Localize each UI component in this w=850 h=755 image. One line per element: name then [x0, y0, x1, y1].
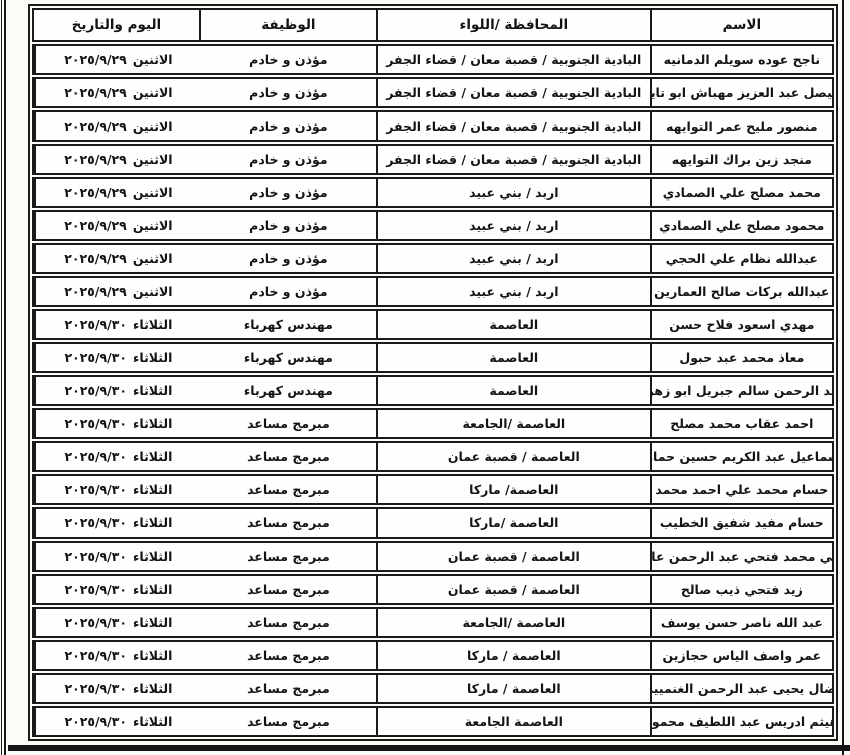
date-number: ٢٠٢٥/٩/٣٠	[64, 482, 127, 497]
cell-governorate: اربد / بني عبيد	[378, 212, 652, 239]
cell-name: عبدالله بركات صالح العمارين	[652, 278, 832, 305]
cell-name: نضال يحيى عبد الرحمن الغنميين	[652, 675, 832, 702]
date-number: ٢٠٢٥/٩/٢٩	[64, 152, 127, 167]
date-number: ٢٠٢٥/٩/٣٠	[64, 350, 127, 365]
cell-job: مبرمج مساعد	[201, 410, 378, 437]
cell-name: محمد مصلح علي الصمادي	[652, 179, 832, 206]
date-number: ٢٠٢٥/٩/٢٩	[64, 251, 127, 266]
cell-governorate: العاصمة /الجامعة	[378, 410, 652, 437]
cell-date: ٢٠٢٥/٩/٣٠الثلاثاء	[34, 708, 201, 735]
cell-name: هيثم ادريس عبد اللطيف محمود	[652, 708, 832, 735]
date-weekday: الاثنين	[133, 185, 173, 200]
cell-name: عبدالله نظام علي الحجي	[652, 245, 832, 272]
cell-date: ٢٠٢٥/٩/٣٠الثلاثاء	[34, 311, 201, 338]
cell-name: منجد زين براك التوايهه	[652, 146, 832, 173]
cell-governorate: العاصمة	[378, 377, 652, 404]
cell-job: مؤذن و خادم	[201, 46, 378, 73]
cell-date: ٢٠٢٥/٩/٢٩الاثنين	[34, 79, 201, 106]
cell-name: ناجح عوده سويلم الدمانيه	[652, 46, 832, 73]
cell-job: مبرمج مساعد	[201, 509, 378, 536]
cell-name: منصور مليح عمر التوايهه	[652, 112, 832, 139]
cell-job: مبرمج مساعد	[201, 576, 378, 603]
cell-governorate: العاصمة الجامعة	[378, 708, 652, 735]
cell-date: ٢٠٢٥/٩/٣٠الثلاثاء	[34, 509, 201, 536]
cell-governorate: العاصمة /ماركا	[378, 509, 652, 536]
date-number: ٢٠٢٥/٩/٢٩	[64, 85, 127, 100]
cell-governorate: اربد / بني عبيد	[378, 278, 652, 305]
cell-governorate: البادية الجنوبية / قصبة معان / قضاء الجف…	[378, 112, 652, 139]
date-weekday: الثلاثاء	[133, 317, 172, 332]
page-frame-bottom	[8, 745, 850, 751]
date-number: ٢٠٢٥/٩/٣٠	[64, 515, 127, 530]
cell-job: مؤذن و خادم	[201, 245, 378, 272]
cell-job: مبرمج مساعد	[201, 609, 378, 636]
table-row: فيصل عبد العزيز مهباش ابو تايهالبادية ال…	[32, 77, 834, 108]
cell-name: رامي محمد فتحي عبد الرحمن عابده	[652, 543, 832, 570]
date-weekday: الثلاثاء	[133, 615, 172, 630]
cell-governorate: البادية الجنوبية / قصبة معان / قضاء الجف…	[378, 46, 652, 73]
date-number: ٢٠٢٥/٩/٢٩	[64, 218, 127, 233]
date-weekday: الاثنين	[133, 119, 173, 134]
header-row: الاسمالمحافظة /اللواءالوظيفةاليوم والتار…	[32, 8, 834, 42]
cell-date: ٢٠٢٥/٩/٣٠الثلاثاء	[34, 576, 201, 603]
page-frame-right	[842, 0, 844, 755]
cell-job: مبرمج مساعد	[201, 543, 378, 570]
cell-date: ٢٠٢٥/٩/٣٠الثلاثاء	[34, 609, 201, 636]
date-number: ٢٠٢٥/٩/٣٠	[64, 714, 127, 729]
cell-date: ٢٠٢٥/٩/٣٠الثلاثاء	[34, 476, 201, 503]
cell-date: ٢٠٢٥/٩/٢٩الاثنين	[34, 46, 201, 73]
cell-job: مبرمج مساعد	[201, 675, 378, 702]
date-number: ٢٠٢٥/٩/٢٩	[64, 52, 127, 67]
table-row: نضال يحيى عبد الرحمن الغنميينالعاصمة / م…	[32, 673, 834, 704]
cell-date: ٢٠٢٥/٩/٣٠الثلاثاء	[34, 675, 201, 702]
cell-date: ٢٠٢٥/٩/٣٠الثلاثاء	[34, 642, 201, 669]
date-number: ٢٠٢٥/٩/٣٠	[64, 648, 127, 663]
table-row: عبد الرحمن سالم جبريل ابو زهرهالعاصمةمهن…	[32, 375, 834, 406]
date-weekday: الثلاثاء	[133, 648, 172, 663]
date-weekday: الثلاثاء	[133, 416, 172, 431]
cell-job: مؤذن و خادم	[201, 79, 378, 106]
cell-governorate: العاصمة	[378, 311, 652, 338]
date-number: ٢٠٢٥/٩/٢٩	[64, 119, 127, 134]
cell-name: عبد الله ناصر حسن يوسف	[652, 609, 832, 636]
date-weekday: الثلاثاء	[133, 449, 172, 464]
cell-governorate: العاصمة / قصبة عمان	[378, 443, 652, 470]
header-date: اليوم والتاريخ	[34, 10, 201, 40]
table-row: رامي محمد فتحي عبد الرحمن عابدهالعاصمة /…	[32, 541, 834, 572]
cell-job: مؤذن و خادم	[201, 146, 378, 173]
cell-job: مبرمج مساعد	[201, 443, 378, 470]
date-weekday: الثلاثاء	[133, 383, 172, 398]
cell-governorate: العاصمة / ماركا	[378, 675, 652, 702]
table-row: محمد مصلح علي الصمادياربد / بني عبيدمؤذن…	[32, 177, 834, 208]
date-number: ٢٠٢٥/٩/٣٠	[64, 681, 127, 696]
date-weekday: الاثنين	[133, 251, 173, 266]
cell-governorate: العاصمة / قصبة عمان	[378, 576, 652, 603]
cell-date: ٢٠٢٥/٩/٢٩الاثنين	[34, 146, 201, 173]
table-row: ناجح عوده سويلم الدمانيهالبادية الجنوبية…	[32, 44, 834, 75]
cell-date: ٢٠٢٥/٩/٢٩الاثنين	[34, 212, 201, 239]
cell-date: ٢٠٢٥/٩/٣٠الثلاثاء	[34, 344, 201, 371]
roster-table: الاسمالمحافظة /اللواءالوظيفةاليوم والتار…	[28, 4, 838, 741]
page-frame-left-outer	[1, 0, 2, 755]
cell-date: ٢٠٢٥/٩/٢٩الاثنين	[34, 112, 201, 139]
cell-job: مهندس كهرباء	[201, 344, 378, 371]
cell-name: مهدي اسعود فلاح حسن	[652, 311, 832, 338]
date-weekday: الثلاثاء	[133, 582, 172, 597]
cell-governorate: العاصمة/ ماركا	[378, 476, 652, 503]
table-row: اسماعيل عبد الكريم حسين حمادهالعاصمة / ق…	[32, 441, 834, 472]
table-row: حسام مفيد شفيق الخطيبالعاصمة /ماركامبرمج…	[32, 507, 834, 538]
cell-date: ٢٠٢٥/٩/٣٠الثلاثاء	[34, 377, 201, 404]
date-weekday: الثلاثاء	[133, 350, 172, 365]
cell-name: احمد عقاب محمد مصلح	[652, 410, 832, 437]
date-number: ٢٠٢٥/٩/٣٠	[64, 549, 127, 564]
cell-job: مؤذن و خادم	[201, 278, 378, 305]
cell-governorate: العاصمة /الجامعة	[378, 609, 652, 636]
cell-date: ٢٠٢٥/٩/٣٠الثلاثاء	[34, 410, 201, 437]
date-weekday: الاثنين	[133, 218, 173, 233]
cell-date: ٢٠٢٥/٩/٢٩الاثنين	[34, 179, 201, 206]
date-number: ٢٠٢٥/٩/٣٠	[64, 416, 127, 431]
date-number: ٢٠٢٥/٩/٢٩	[64, 185, 127, 200]
header-governorate: المحافظة /اللواء	[378, 10, 652, 40]
cell-governorate: العاصمة	[378, 344, 652, 371]
cell-job: مؤذن و خادم	[201, 112, 378, 139]
date-number: ٢٠٢٥/٩/٣٠	[64, 615, 127, 630]
date-weekday: الاثنين	[133, 52, 173, 67]
header-job: الوظيفة	[201, 10, 378, 40]
cell-governorate: اربد / بني عبيد	[378, 179, 652, 206]
date-weekday: الاثنين	[133, 152, 173, 167]
date-weekday: الاثنين	[133, 284, 173, 299]
cell-job: مهندس كهرباء	[201, 377, 378, 404]
table-row: معاذ محمد عبد حبولالعاصمةمهندس كهرباء٢٠٢…	[32, 342, 834, 373]
date-weekday: الاثنين	[133, 85, 173, 100]
table-row: احمد عقاب محمد مصلحالعاصمة /الجامعةمبرمج…	[32, 408, 834, 439]
cell-date: ٢٠٢٥/٩/٣٠الثلاثاء	[34, 443, 201, 470]
table-row: عمر واصف الياس حجازينالعاصمة / ماركامبرم…	[32, 640, 834, 671]
cell-job: مبرمج مساعد	[201, 708, 378, 735]
date-weekday: الثلاثاء	[133, 681, 172, 696]
table-row: عبد الله ناصر حسن يوسفالعاصمة /الجامعةمب…	[32, 607, 834, 638]
cell-job: مهندس كهرباء	[201, 311, 378, 338]
cell-name: معاذ محمد عبد حبول	[652, 344, 832, 371]
header-name: الاسم	[652, 10, 832, 40]
cell-name: فيصل عبد العزيز مهباش ابو تايه	[652, 79, 832, 106]
cell-job: مؤذن و خادم	[201, 212, 378, 239]
cell-name: عبد الرحمن سالم جبريل ابو زهره	[652, 377, 832, 404]
cell-governorate: البادية الجنوبية / قصبة معان / قضاء الجف…	[378, 146, 652, 173]
date-number: ٢٠٢٥/٩/٣٠	[64, 582, 127, 597]
cell-job: مبرمج مساعد	[201, 476, 378, 503]
cell-name: عمر واصف الياس حجازين	[652, 642, 832, 669]
date-number: ٢٠٢٥/٩/٢٩	[64, 284, 127, 299]
date-weekday: الثلاثاء	[133, 482, 172, 497]
table-row: مهدي اسعود فلاح حسنالعاصمةمهندس كهرباء٢٠…	[32, 309, 834, 340]
document-page: الاسمالمحافظة /اللواءالوظيفةاليوم والتار…	[0, 0, 850, 755]
cell-job: مؤذن و خادم	[201, 179, 378, 206]
date-weekday: الثلاثاء	[133, 515, 172, 530]
date-number: ٢٠٢٥/٩/٣٠	[64, 383, 127, 398]
table-row: عبدالله نظام علي الحجياربد / بني عبيدمؤذ…	[32, 243, 834, 274]
date-number: ٢٠٢٥/٩/٣٠	[64, 317, 127, 332]
date-weekday: الثلاثاء	[133, 549, 172, 564]
cell-date: ٢٠٢٥/٩/٢٩الاثنين	[34, 278, 201, 305]
cell-governorate: العاصمة / قصبة عمان	[378, 543, 652, 570]
cell-name: زيد فتحي ذيب صالح	[652, 576, 832, 603]
table-row: عبدالله بركات صالح العماريناربد / بني عب…	[32, 276, 834, 307]
table-row: محمود مصلح علي الصمادياربد / بني عبيدمؤذ…	[32, 210, 834, 241]
date-number: ٢٠٢٥/٩/٣٠	[64, 449, 127, 464]
cell-name: محمود مصلح علي الصمادي	[652, 212, 832, 239]
cell-date: ٢٠٢٥/٩/٣٠الثلاثاء	[34, 543, 201, 570]
table-row: منجد زين براك التوايههالبادية الجنوبية /…	[32, 144, 834, 175]
cell-job: مبرمج مساعد	[201, 642, 378, 669]
cell-governorate: العاصمة / ماركا	[378, 642, 652, 669]
cell-governorate: البادية الجنوبية / قصبة معان / قضاء الجف…	[378, 79, 652, 106]
cell-name: اسماعيل عبد الكريم حسين حماده	[652, 443, 832, 470]
cell-date: ٢٠٢٥/٩/٢٩الاثنين	[34, 245, 201, 272]
table-row: حسام محمد علي احمد محمدالعاصمة/ ماركامبر…	[32, 474, 834, 505]
page-frame-left-inner	[4, 0, 6, 755]
table-row: زيد فتحي ذيب صالحالعاصمة / قصبة عمانمبرم…	[32, 574, 834, 605]
table-row: هيثم ادريس عبد اللطيف محمودالعاصمة الجام…	[32, 706, 834, 737]
cell-governorate: اربد / بني عبيد	[378, 245, 652, 272]
cell-name: حسام محمد علي احمد محمد	[652, 476, 832, 503]
date-weekday: الثلاثاء	[133, 714, 172, 729]
cell-name: حسام مفيد شفيق الخطيب	[652, 509, 832, 536]
table-row: منصور مليح عمر التوايههالبادية الجنوبية …	[32, 110, 834, 141]
